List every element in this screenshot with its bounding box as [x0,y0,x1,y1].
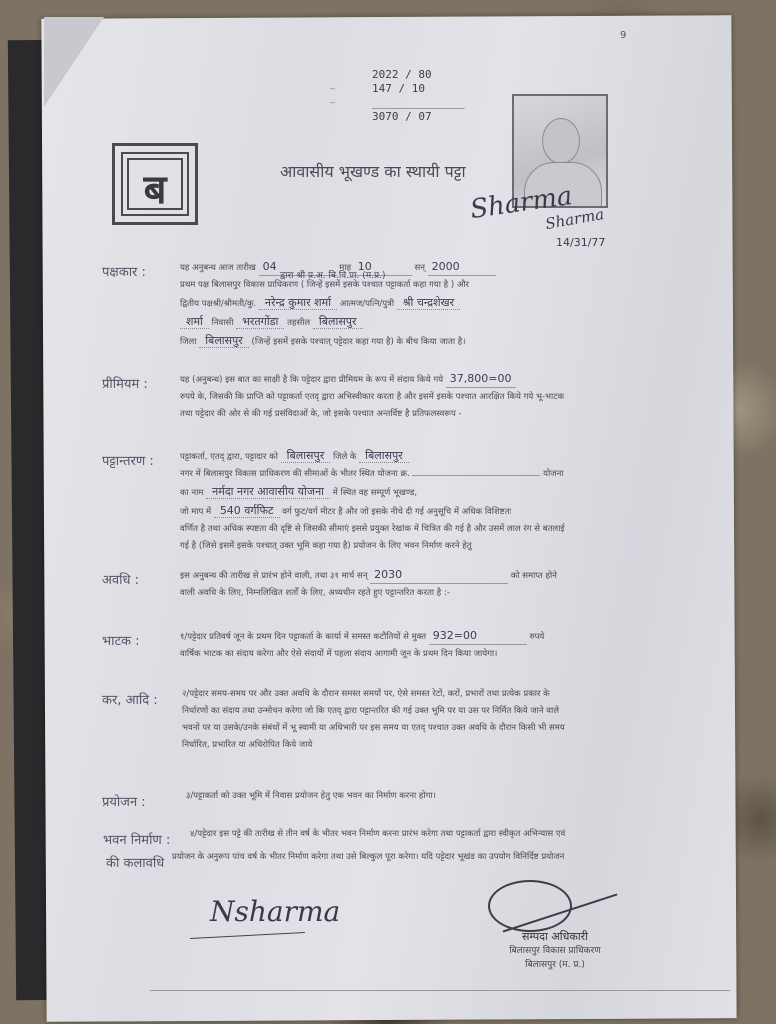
label-purpose: प्रयोजन : [102,792,182,810]
officer-block: सम्पदा अधिकारी बिलासपुर विकास प्राधिकरण … [490,930,620,972]
purpose-block: ३/पट्टाकर्ता को उक्त भूमि में निवास प्रय… [186,788,596,805]
document-title: आवासीय भूखण्ड का स्थायी पट्टा [280,160,466,182]
rent-amount-field: 932=00 [429,627,527,645]
period-block: इस अनुबन्ध की तारीख से प्रारंभ होने वाली… [180,566,590,602]
rent-block: १/पट्टेदार प्रतिवर्ष जून के प्रथम दिन पट… [180,627,590,663]
stamp-line-4: 3070 / 07 [372,110,432,124]
resident-field: भरतगोंडा [236,315,284,329]
district-field-2: बिलासपुर [359,449,409,463]
area-field: 540 वर्गफिट [214,504,280,518]
transfer-block: पट्टाकर्ता, एतद् द्वारा, पट्टादार को बिल… [180,447,580,555]
folded-corner [44,17,104,107]
father-name-field: श्री चन्द्रशेखर [397,296,460,310]
label-construction: भवन निर्माण : [103,830,203,848]
parties-block: यह अनुबन्ध आज तारीख 04 माह 10 सन् 2000 द… [180,258,580,351]
lessee-name-field: नरेन्द्र कुमार शर्मा [259,296,337,310]
officer-signature-loop [488,880,572,932]
surname-field: शर्मा [180,315,209,329]
officer-city: बिलासपुर (म. प्र.) [490,958,620,972]
stamp-line-2: 147 / 10 [372,82,425,96]
construction-block: ४/पट्टेदार इस पट्टे की तारीख से तीन वर्ष… [190,826,620,843]
scheme-name-field: नर्मदा नगर आवासीय योजना [206,485,330,499]
parties-intro: यह अनुबन्ध आज तारीख [180,263,256,273]
city-field: बिलासपुर [281,449,331,463]
premium-amount-field: 37,800=00 [446,370,516,388]
label-transfer: पट्टान्तरण : [102,451,182,469]
authority-logo: ब [112,143,198,225]
handwritten-note: द्वारा श्री प्र.अ. बि.वि.प्रा. (म.प्र.) [280,268,385,285]
tehsil-field: बिलासपुर [313,315,363,329]
officer-org: बिलासपुर विकास प्राधिकरण [490,944,620,958]
label-premium: प्रीमियम : [102,374,182,392]
scheme-number-field [412,475,540,476]
bottom-rule [150,990,730,991]
label-period: अवधि : [102,570,182,588]
photo-head [542,118,580,164]
stamp-line-1: 2022 / 80 [372,68,432,82]
premium-block: यह (अनुबन्ध) इस बात का साक्षी है कि पट्ट… [180,370,580,423]
label-rent: भाटक : [102,631,182,649]
registration-stamp: 2022 / 80 —147 / 10 —______________ 3070… [330,68,510,124]
construction-block-2: प्रयोजन के अनुरूप पांच वर्ष के भीतर निर्… [172,849,622,866]
year-field: 2000 [428,258,496,276]
district-field: बिलासपुर [199,334,249,348]
label-taxes: कर, आदि : [102,690,182,708]
page-mark: 9 [620,30,626,41]
logo-glyph: ब [115,160,195,215]
photo-date: 14/31/77 [556,236,605,249]
label-parties: पक्षकार : [102,262,182,280]
end-year-field: 2030 [370,566,508,584]
stamp-line-3: ______________ [372,96,465,110]
officer-title: सम्पदा अधिकारी [490,930,620,944]
taxes-block: २/पट्टेदार समय-समय पर और उक्त अवधि के दौ… [182,686,592,754]
lessee-signature: Nsharma [210,895,340,928]
